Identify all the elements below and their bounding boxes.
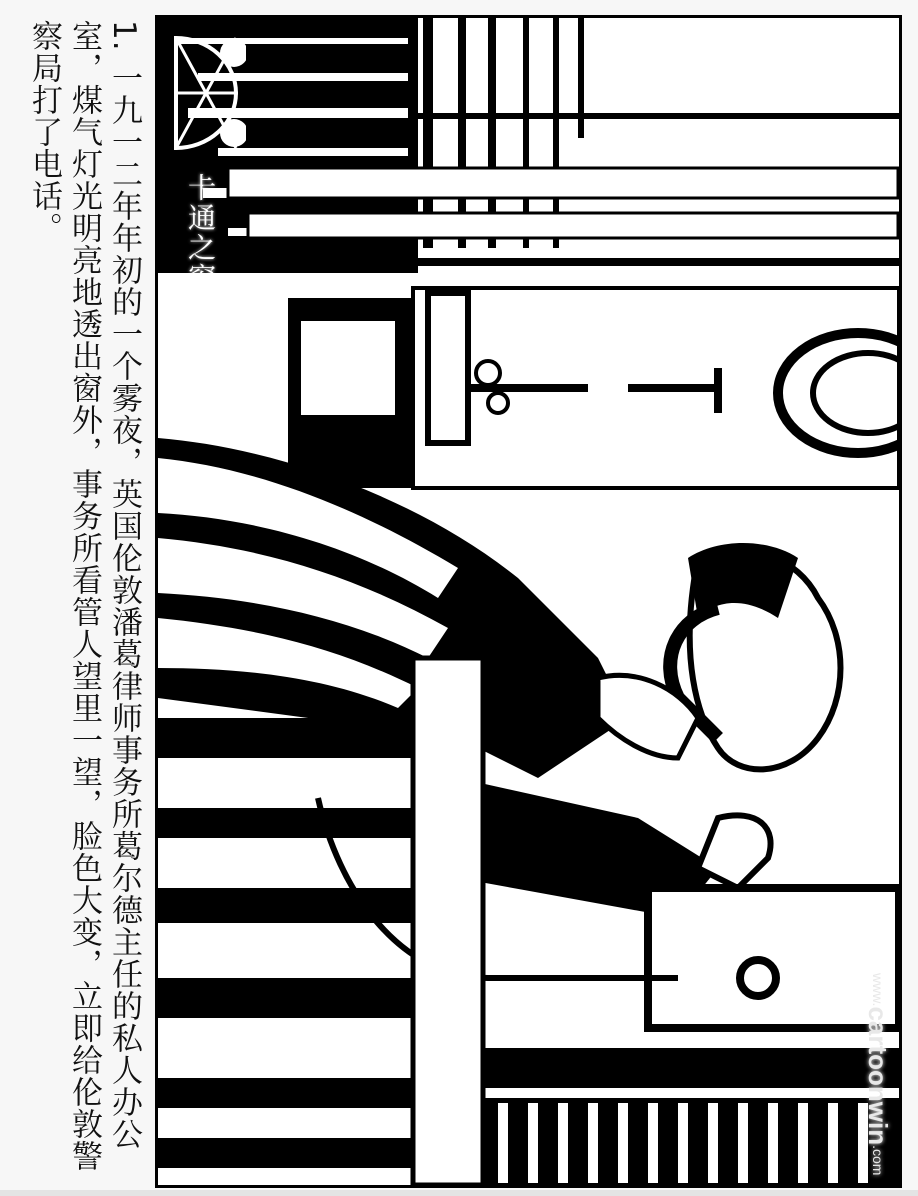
logo-icon (166, 28, 246, 158)
watermark-main: cartoonwin (863, 1006, 893, 1145)
logo-text: 卡通之窗® (180, 173, 220, 328)
bottom-divider (0, 1190, 918, 1196)
logo-text-main: 卡通之窗 (184, 173, 217, 293)
logo: 卡通之窗® (166, 28, 246, 328)
caption-line-3: 察局打了电话。 (24, 20, 64, 244)
watermark: www.cartoonwin.com (862, 973, 893, 1175)
caption-line-2: 室，煤气灯光明亮地透出窗外，事务所看管人望里一望，脸色大变，立即给伦敦警 (64, 20, 104, 1172)
comic-panel: 卡通之窗® www.cartoonwin.com (155, 15, 902, 1188)
caption-line-1: 1. 一九一二年年初的一个雾夜，英国伦敦潘葛律师事务所葛尔德主任的私人办公 (104, 20, 144, 1150)
panel-illustration (158, 18, 899, 1185)
caption: 1. 一九一二年年初的一个雾夜，英国伦敦潘葛律师事务所葛尔德主任的私人办公 室，… (0, 0, 155, 1196)
watermark-suffix: .com (870, 1145, 886, 1175)
watermark-prefix: www. (870, 973, 886, 1006)
registered-mark: ® (184, 293, 217, 328)
